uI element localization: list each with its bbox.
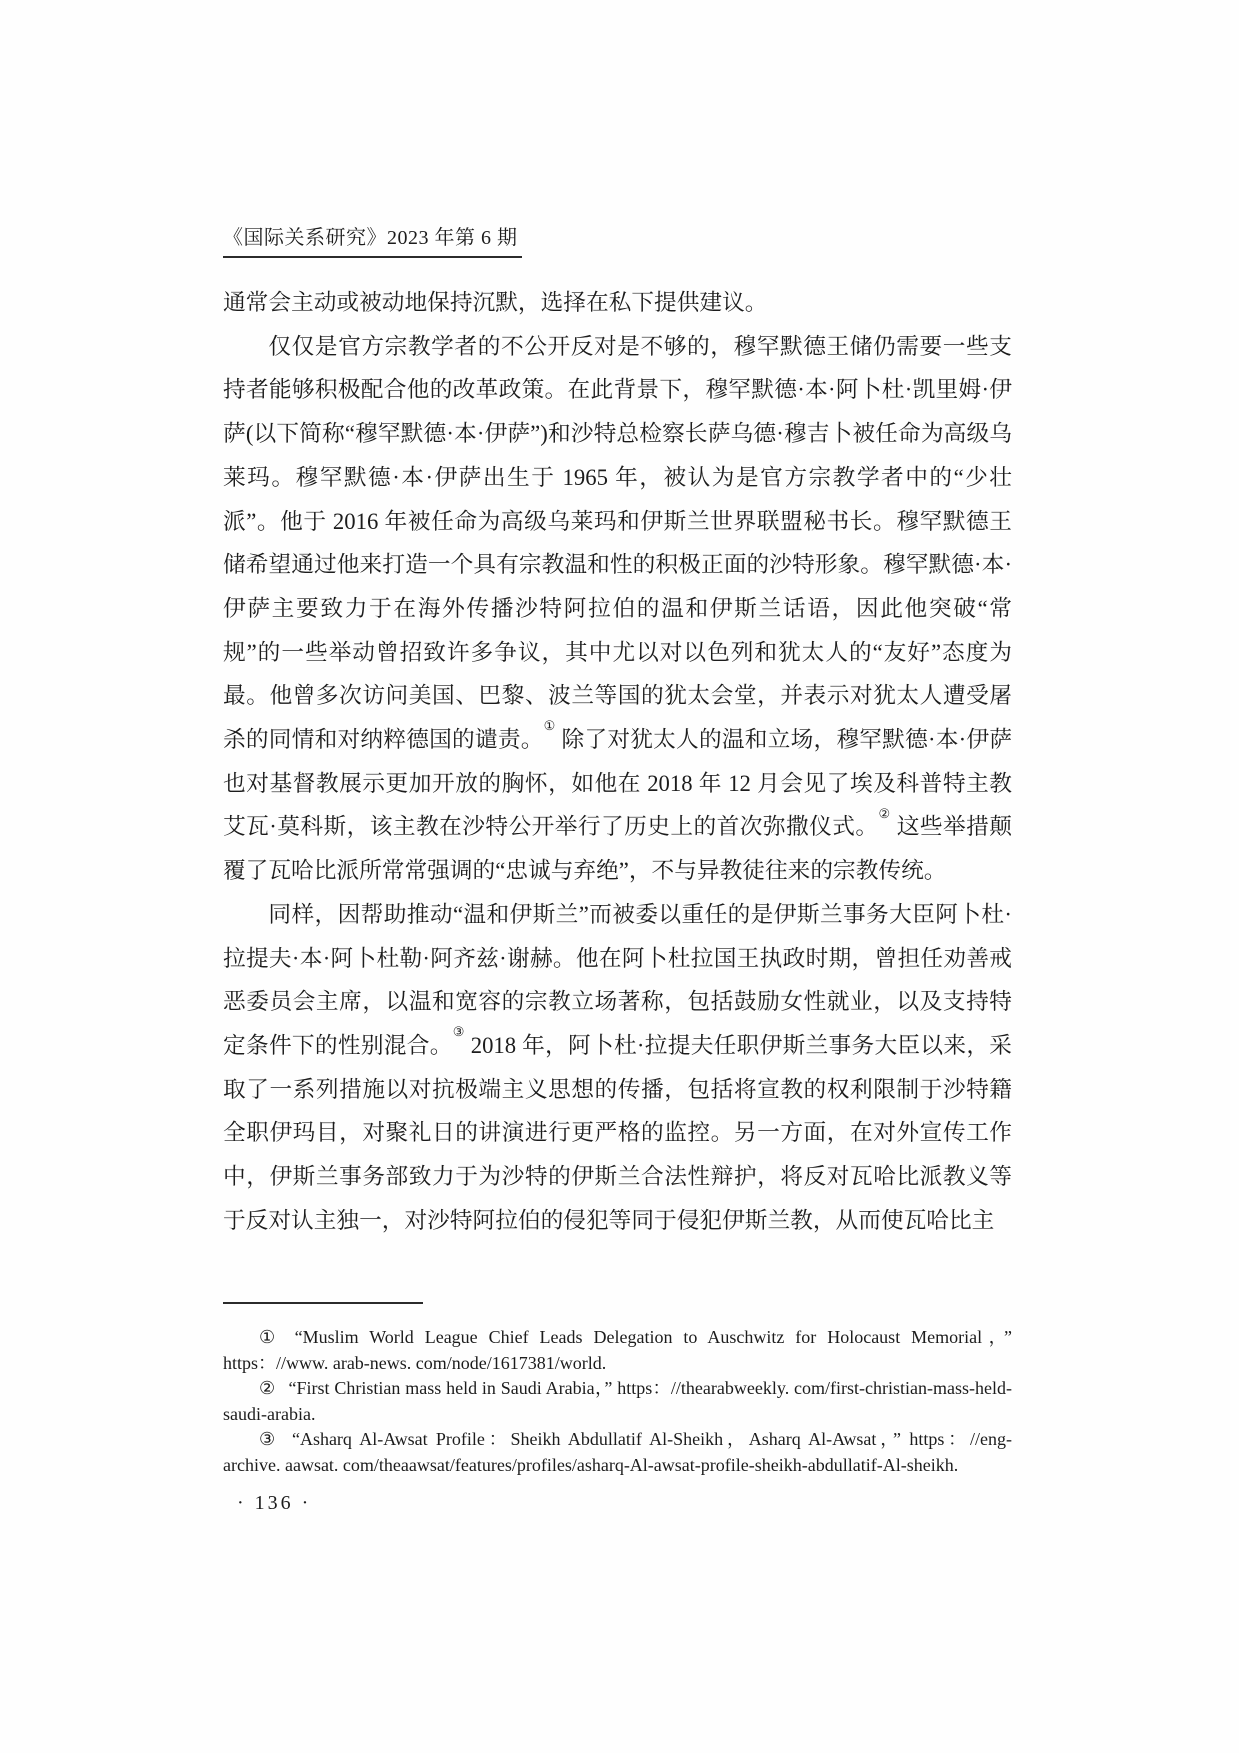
body-paragraph: 仅仅是官方宗教学者的不公开反对是不够的，穆罕默德王储仍需要一些支持者能够积极配合… <box>223 325 1012 893</box>
footnote-ref-marker: ① <box>544 718 556 733</box>
footnote-number: ② <box>259 1378 276 1398</box>
body-text: 通常会主动或被动地保持沉默，选择在私下提供建议。仅仅是官方宗教学者的不公开反对是… <box>223 281 1012 1242</box>
footnote-item: ②“First Christian mass held in Saudi Ara… <box>223 1376 1012 1427</box>
document-page: 《国际关系研究》2023 年第 6 期 通常会主动或被动地保持沉默，选择在私下提… <box>0 0 1239 1753</box>
footnote-ref-marker: ② <box>878 806 890 821</box>
footnote-ref-marker: ③ <box>453 1024 465 1039</box>
body-paragraph: 同样，因帮助推动“温和伊斯兰”而被委以重任的是伊斯兰事务大臣阿卜杜·拉提夫·本·… <box>223 893 1012 1243</box>
footnote-number: ① <box>259 1327 282 1347</box>
footnote-item: ①“Muslim World League Chief Leads Delega… <box>223 1325 1012 1376</box>
footnotes: ①“Muslim World League Chief Leads Delega… <box>223 1325 1012 1478</box>
footnote-item: ③“Asharq Al-Awsat Profile：Sheikh Abdulla… <box>223 1427 1012 1478</box>
body-paragraph: 通常会主动或被动地保持沉默，选择在私下提供建议。 <box>223 281 1012 325</box>
journal-header: 《国际关系研究》2023 年第 6 期 <box>223 226 522 258</box>
page-content: 《国际关系研究》2023 年第 6 期 通常会主动或被动地保持沉默，选择在私下提… <box>223 226 1012 1515</box>
page-number: · 136 · <box>223 1492 1012 1515</box>
footnote-number: ③ <box>259 1429 279 1449</box>
footnote-separator <box>223 1302 423 1304</box>
